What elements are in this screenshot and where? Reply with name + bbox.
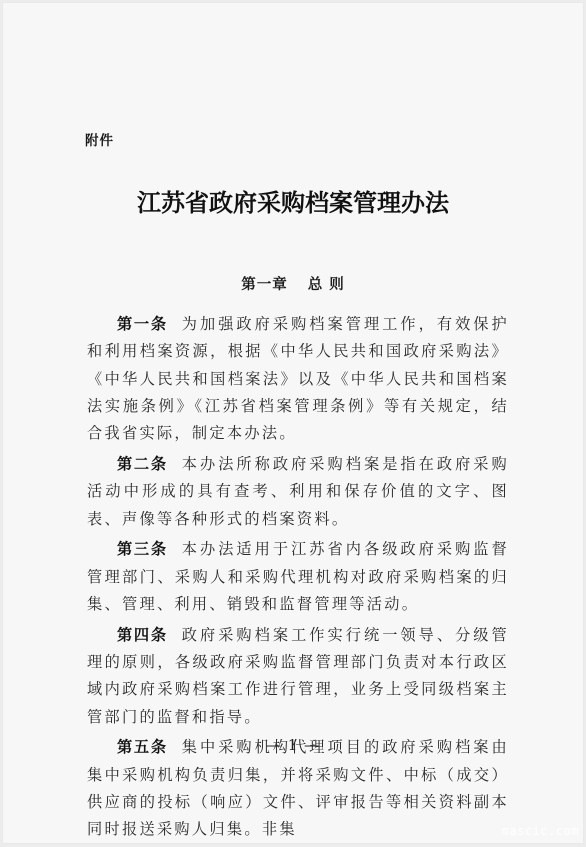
article-label: 第四条 bbox=[117, 626, 168, 644]
chapter-heading: 第一章总 则 bbox=[3, 273, 583, 294]
article-label: 第二条 bbox=[117, 455, 168, 473]
article-3: 第三条本办法适用于江苏省内各级政府采购监督管理部门、采购人和采购代理机构对政府采… bbox=[87, 536, 509, 618]
article-text: 为加强政府采购档案管理工作，有效保护和利用档案资源，根据《中华人民共和国政府采购… bbox=[87, 315, 509, 442]
attachment-label: 附件 bbox=[85, 129, 114, 149]
page-number: — 1 — bbox=[3, 736, 583, 754]
document-page: 附件 江苏省政府采购档案管理办法 第一章总 则 第一条为加强政府采购档案管理工作… bbox=[2, 2, 584, 844]
document-body: 第一条为加强政府采购档案管理工作，有效保护和利用档案资源，根据《中华人民共和国政… bbox=[87, 311, 509, 847]
article-4: 第四条政府采购档案工作实行统一领导、分级管理的原则，各级政府采购监督管理部门负责… bbox=[87, 622, 509, 731]
article-label: 第三条 bbox=[117, 540, 168, 558]
chapter-name: 总 则 bbox=[308, 277, 345, 293]
watermark: mascic.com bbox=[502, 824, 579, 838]
document-title: 江苏省政府采购档案管理办法 bbox=[3, 183, 583, 218]
article-1: 第一条为加强政府采购档案管理工作，有效保护和利用档案资源，根据《中华人民共和国政… bbox=[87, 311, 509, 447]
chapter-number: 第一章 bbox=[241, 277, 288, 293]
article-2: 第二条本办法所称政府采购档案是指在政府采购活动中形成的具有查考、利用和保存价值的… bbox=[87, 451, 509, 533]
article-label: 第一条 bbox=[117, 315, 168, 333]
